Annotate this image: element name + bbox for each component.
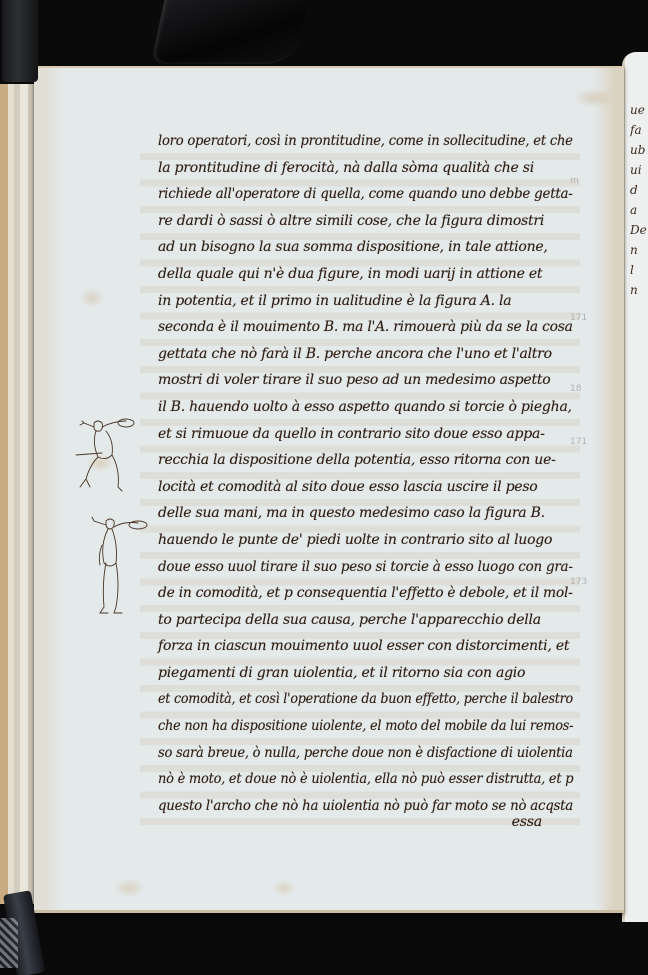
text-line: della quale qui n'è dua figure, in modi … bbox=[158, 261, 573, 288]
page-clamp-top-left bbox=[2, 0, 38, 82]
text-line: il B. hauendo uolto à esso aspetto quand… bbox=[158, 394, 573, 421]
text-line: doue esso uuol tirare il suo peso si tor… bbox=[158, 554, 557, 581]
text-line: so sarà breue, ò nulla, perche doue non … bbox=[158, 740, 544, 767]
snake-weight-chain bbox=[0, 918, 18, 968]
text-line: nò è moto, et doue nò è uiolentia, ella … bbox=[158, 766, 542, 793]
text-line: mostri di voler tirare il suo peso ad un… bbox=[158, 367, 573, 394]
text-line: che non ha dispositione uiolente, el mot… bbox=[158, 713, 539, 740]
manuscript-text: loro operatori, così in prontitudine, co… bbox=[158, 128, 578, 833]
figure-a-sketch-icon bbox=[72, 415, 142, 505]
text-line: delle sua mani, ma in questo medesimo ca… bbox=[158, 500, 573, 527]
text-line: recchia la dispositione della potentia, … bbox=[158, 447, 573, 474]
text-line: et si rimuoue da quello in contrario sit… bbox=[158, 421, 573, 448]
text-line: re dardi ò sassi ò altre simili cose, ch… bbox=[158, 208, 573, 235]
text-line: to partecipa della sua causa, perche l'a… bbox=[158, 607, 573, 634]
binding-edge bbox=[0, 84, 36, 904]
text-line: de in comodità, et p consequentia l'effe… bbox=[158, 580, 567, 607]
text-line: hauendo le punte de' piedi uolte in cont… bbox=[158, 527, 573, 554]
text-line: forza in ciascun mouimento uuol esser co… bbox=[158, 633, 573, 660]
text-line: loro operatori, così in prontitudine, co… bbox=[158, 128, 547, 155]
text-line: in potentia, et il primo in ualitudine è… bbox=[158, 288, 573, 315]
book-weight-clamp bbox=[151, 0, 310, 64]
facing-page-fragments: ue fa ub ui d a De n l n bbox=[630, 100, 648, 300]
text-line: la prontitudine di ferocità, nà dalla sò… bbox=[158, 155, 573, 182]
text-line: seconda è il mouimento B. ma l'A. rimoue… bbox=[158, 314, 569, 341]
text-line: ad un bisogno la sua somma dispositione,… bbox=[158, 234, 573, 261]
text-line: piegamenti di gran uiolentia, et il rito… bbox=[158, 660, 573, 687]
text-line: richiede all'operatore di quella, come q… bbox=[158, 181, 555, 208]
text-line: locità et comodità al sito doue esso las… bbox=[158, 474, 573, 501]
text-line: et comodità, et così l'operatione da buo… bbox=[158, 686, 534, 713]
text-line: gettata che nò farà il B. perche ancora … bbox=[158, 341, 573, 368]
text-line: questo l'archo che nò ha uiolentia nò pu… bbox=[158, 793, 553, 820]
scan-stage: ue fa ub ui d a De n l n m 171 18 171 17… bbox=[0, 0, 648, 975]
figure-b-sketch-icon bbox=[88, 515, 158, 620]
